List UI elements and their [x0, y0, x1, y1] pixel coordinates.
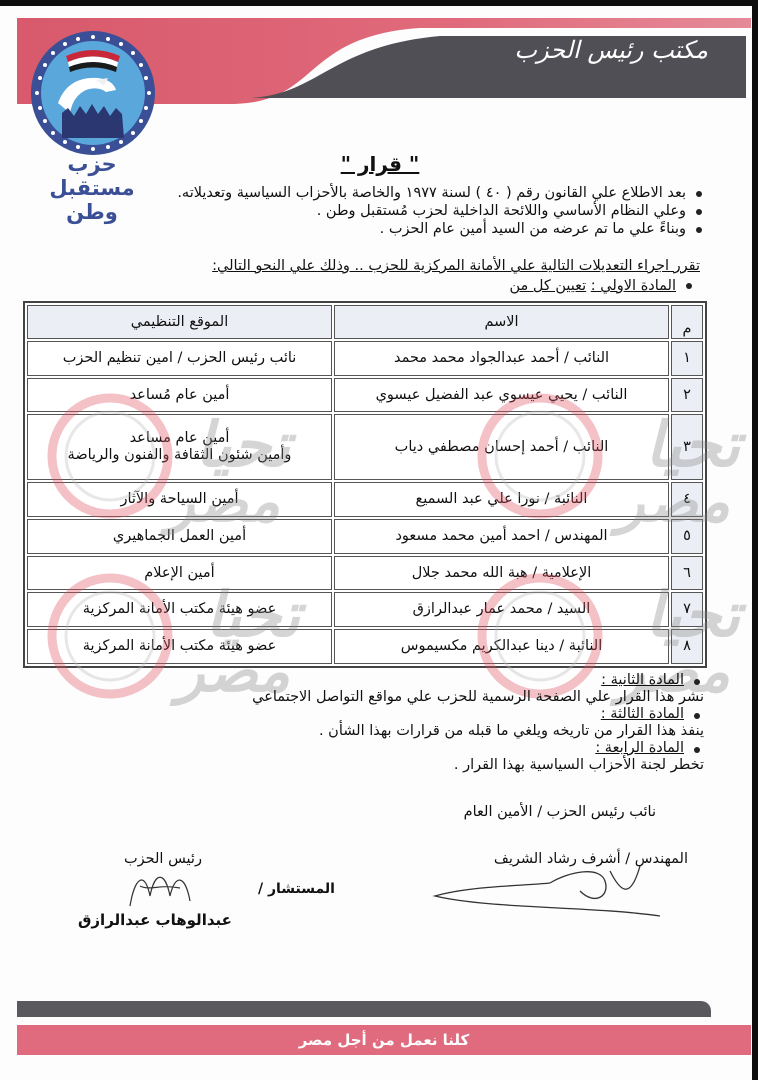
- article-4-label: المادة الرابعة :: [64, 740, 704, 757]
- row-num: ٣: [671, 414, 703, 480]
- row-position: أمين العمل الجماهيري: [27, 519, 332, 554]
- header-name: الاسم: [334, 305, 669, 339]
- decision-title: " قرار ": [300, 152, 460, 176]
- row-name: المهندس / احمد أمين محمد مسعود: [334, 519, 669, 554]
- table-row: ٧ السيد / محمد عمار عبدالرازق عضو هيئة م…: [27, 592, 703, 627]
- row-name: السيد / محمد عمار عبدالرازق: [334, 592, 669, 627]
- decision-statement: تقرر اجراء التعديلات التالية علي الأمانة…: [212, 258, 700, 274]
- row-num: ٢: [671, 378, 703, 413]
- row-position: عضو هيئة مكتب الأمانة المركزية: [27, 629, 332, 664]
- appointments-table: م الاسم الموقع التنظيمي ١ النائب / أحمد …: [23, 301, 707, 668]
- table-header-row: م الاسم الموقع التنظيمي: [27, 305, 703, 339]
- row-num: ٨: [671, 629, 703, 664]
- table-row: ٦ الإعلامية / هبة الله محمد جلال أمين ال…: [27, 556, 703, 591]
- article-1-text: تعيين كل من: [509, 278, 586, 294]
- decision-document-page: مكتب رئيس الحزب حزب مستقبل وطن " قرار " …: [0, 6, 752, 1080]
- row-position: نائب رئيس الحزب / امين تنظيم الحزب: [27, 341, 332, 376]
- footer-slogan-band: كلنا نعمل من أجل مصر: [17, 1025, 751, 1055]
- article-3-text: ينفذ هذا القرار من تاريخه ويلغي ما قبله …: [64, 723, 704, 740]
- article-3-label: المادة الثالثة :: [64, 706, 704, 723]
- party-president-title: رئيس الحزب: [124, 851, 202, 867]
- table-row: ٤ النائبة / نورا علي عبد السميع أمين الس…: [27, 482, 703, 517]
- table-row: ١ النائب / أحمد عبدالجواد محمد محمد نائب…: [27, 341, 703, 376]
- row-name: النائب / أحمد إحسان مصطفي دياب: [334, 414, 669, 480]
- row-num: ١: [671, 341, 703, 376]
- party-president-name: عبدالوهاب عبدالرازق: [78, 911, 232, 929]
- header-position: الموقع التنظيمي: [27, 305, 332, 339]
- preamble-item: وعلي النظام الأساسي واللائحة الداخلية لح…: [88, 202, 708, 220]
- table-row: ٢ النائب / يحيي عيسوي عبد الفضيل عيسوي أ…: [27, 378, 703, 413]
- table-row: ٥ المهندس / احمد أمين محمد مسعود أمين ال…: [27, 519, 703, 554]
- row-position: أمين الإعلام: [27, 556, 332, 591]
- row-num: ٧: [671, 592, 703, 627]
- preamble-item: بعد الاطلاع علي القانون رقم ( ٤٠ ) لسنة …: [88, 184, 708, 202]
- articles-section: المادة الثانية : نشر هذا القرار علي الصف…: [64, 672, 704, 774]
- row-position: أمين عام مُساعد: [27, 378, 332, 413]
- row-num: ٥: [671, 519, 703, 554]
- article-2-label: المادة الثانية :: [64, 672, 704, 689]
- article-4-text: تخطر لجنة الأحزاب السياسية بهذا القرار .: [64, 757, 704, 774]
- row-name: الإعلامية / هبة الله محمد جلال: [334, 556, 669, 591]
- advisor-prefix: المستشار /: [258, 881, 335, 897]
- eagle-emblem-icon: [28, 28, 158, 158]
- row-position: أمين عام مساعدوأمين شئون الثقافة والفنون…: [27, 414, 332, 480]
- article-2-text: نشر هذا القرار علي الصفحة الرسمية للحزب …: [64, 689, 704, 706]
- row-num: ٦: [671, 556, 703, 591]
- row-position: عضو هيئة مكتب الأمانة المركزية: [27, 592, 332, 627]
- office-title: مكتب رئيس الحزب: [514, 36, 708, 64]
- row-name: النائبة / دينا عبدالكريم مكسيموس: [334, 629, 669, 664]
- footer-gray-band: [17, 1001, 711, 1017]
- article-1: المادة الاولي : تعيين كل من: [509, 278, 692, 294]
- signature-scribble-icon: [430, 861, 670, 921]
- article-1-label: المادة الاولي :: [591, 278, 676, 294]
- table-row: ٨ النائبة / دينا عبدالكريم مكسيموس عضو ه…: [27, 629, 703, 664]
- row-name: النائب / يحيي عيسوي عبد الفضيل عيسوي: [334, 378, 669, 413]
- preamble-item: وبناءً علي ما تم عرضه من السيد أمين عام …: [88, 220, 708, 238]
- row-name: النائب / أحمد عبدالجواد محمد محمد: [334, 341, 669, 376]
- header-num: م: [671, 305, 703, 339]
- row-num: ٤: [671, 482, 703, 517]
- bullet-icon: [686, 283, 692, 289]
- row-position: أمين السياحة والآثار: [27, 482, 332, 517]
- row-name: النائبة / نورا علي عبد السميع: [334, 482, 669, 517]
- preamble-list: بعد الاطلاع علي القانون رقم ( ٤٠ ) لسنة …: [88, 184, 708, 238]
- footer-slogan: كلنا نعمل من أجل مصر: [299, 1031, 470, 1049]
- secretary-general-role: نائب رئيس الحزب / الأمين العام: [464, 804, 656, 820]
- table-row: ٣ النائب / أحمد إحسان مصطفي دياب أمين عا…: [27, 414, 703, 480]
- president-signature-icon: [125, 866, 195, 911]
